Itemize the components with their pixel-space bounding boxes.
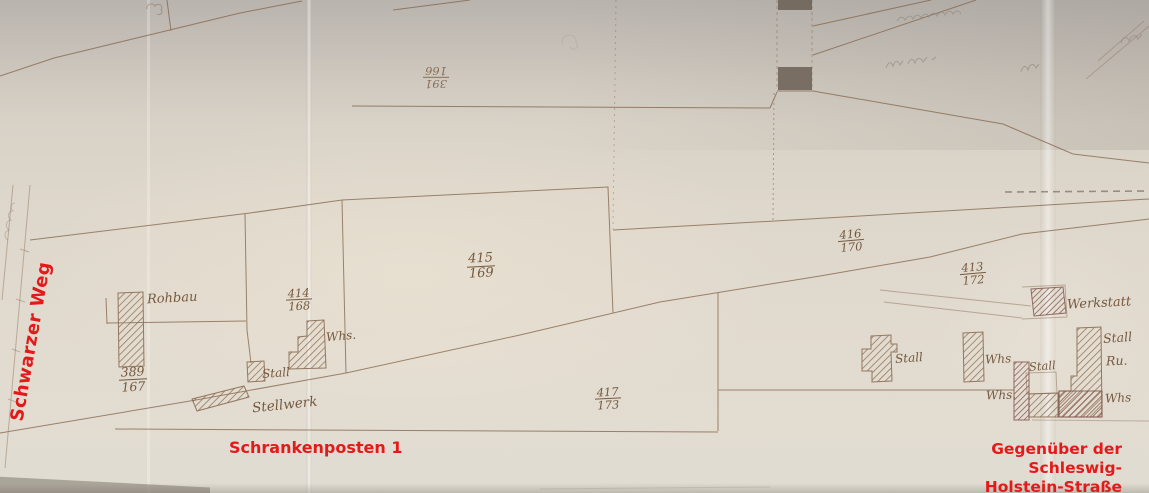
parcel-label-389-167: 389 167 <box>113 364 152 394</box>
building-label-whs-bottom-right: Whs <box>1105 390 1132 405</box>
building-mid-small <box>1029 393 1058 417</box>
building-whs-stepped <box>289 320 326 369</box>
scanned-site-plan: 391 166 414 168 415 169 416 170 413 172 … <box>0 0 1149 493</box>
building-label-whs-mid: Whs <box>985 351 1012 366</box>
building-large-l-dark-part <box>1059 391 1102 417</box>
annotation-gegenueber: Gegenüber der Schleswig- Holstein-Straße <box>898 440 1122 493</box>
annotation-schrankenposten: Schrankenposten 1 <box>229 438 403 457</box>
building-label-stall-right-lower: Stall <box>1029 358 1057 374</box>
annotation-gegenueber-line2: Holstein-Straße <box>985 478 1122 493</box>
parcel-label-416-170: 416 170 <box>831 226 871 255</box>
annotation-gegenueber-line1: Gegenüber der Schleswig- <box>991 440 1122 477</box>
parcel-boundary-lines <box>0 0 1149 489</box>
building-stellwerk <box>192 386 249 411</box>
building-edge-strip <box>1014 362 1029 420</box>
building-label-stall-left: Stall <box>262 365 291 381</box>
building-werkstatt <box>1031 287 1066 316</box>
parcel-label-414-168: 414 168 <box>279 286 318 314</box>
crossing-blocks <box>778 0 812 90</box>
building-label-ru: Ru. <box>1106 353 1128 369</box>
map-line-drawing <box>0 0 1149 493</box>
parcel-label-417-173: 417 173 <box>588 385 627 413</box>
building-label-stall-mid: Stall <box>895 350 924 366</box>
building-label-rohbau: Rohbau <box>147 290 198 308</box>
building-stall-cross <box>862 335 897 382</box>
parcel-label-415-169: 415 169 <box>459 251 502 282</box>
building-label-whs-left: Whs. <box>325 328 356 345</box>
building-rohbau <box>118 292 144 367</box>
parcel-label-391-166: 391 166 <box>417 64 455 90</box>
building-label-stall-right-upper: Stall <box>1103 329 1133 346</box>
building-label-whs-below: Whs. <box>986 387 1017 402</box>
parcel-label-413-172: 413 172 <box>953 259 993 288</box>
building-whs-rect <box>963 332 984 382</box>
pencil-scribbles <box>5 11 1142 240</box>
